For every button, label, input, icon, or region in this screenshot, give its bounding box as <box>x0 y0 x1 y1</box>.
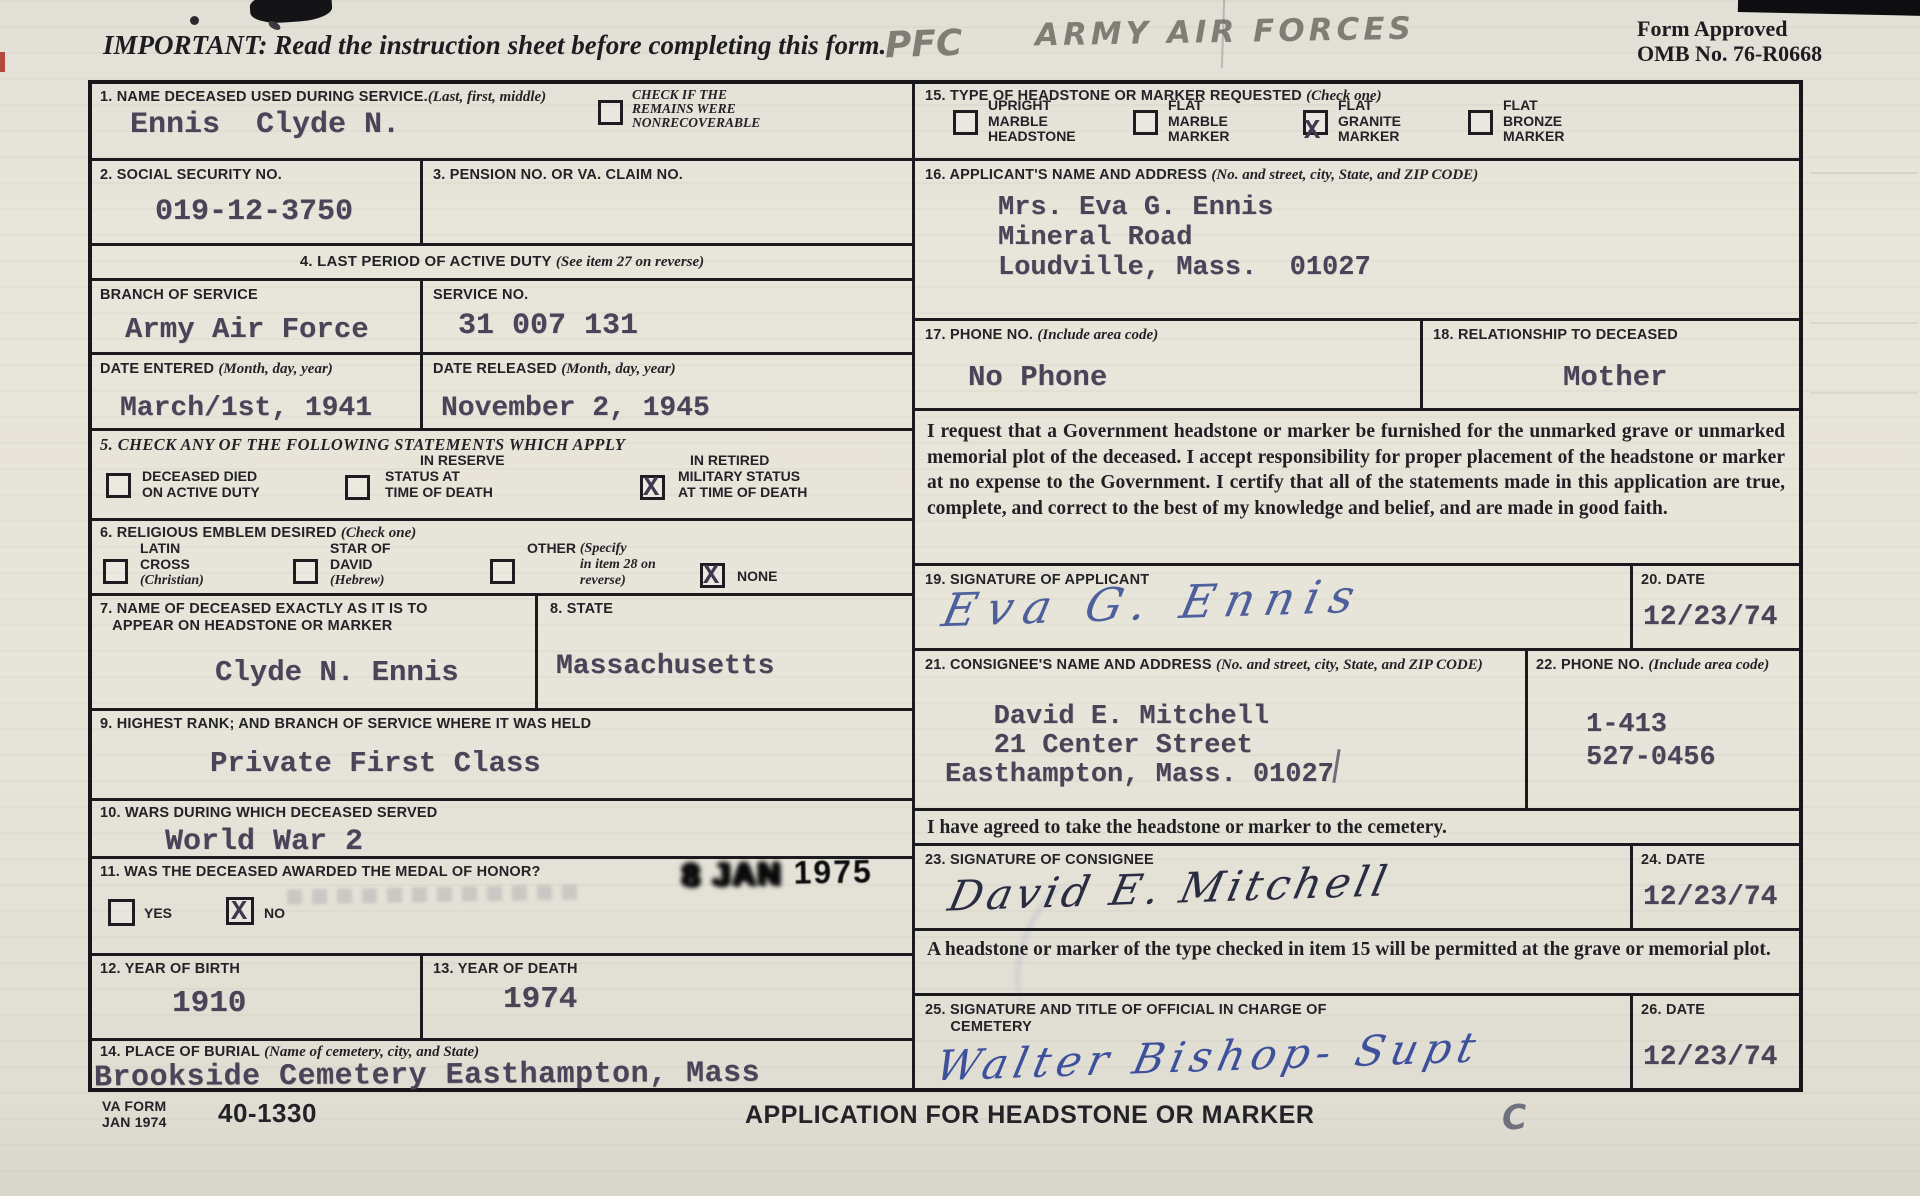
field-17-label: 17. PHONE NO. <box>925 327 1037 343</box>
important-instruction: IMPORTANT: Read the instruction sheet be… <box>103 30 886 61</box>
field-14-place-of-burial: 14. PLACE OF BURIAL (Name of cemetery, c… <box>92 1038 912 1088</box>
field-18-relationship: 18. RELATIONSHIP TO DECEASED Mother <box>1420 318 1799 408</box>
field-23-consignee-signature: 23. SIGNATURE OF CONSIGNEE David E. Mitc… <box>912 843 1630 928</box>
field-1-value: Ennis Clyde N. <box>130 108 400 142</box>
field-25-official-signature: 25. SIGNATURE AND TITLE OF OFFICIAL IN C… <box>912 993 1630 1088</box>
field-14-value: Brookside Cemetery Easthampton, Mass <box>94 1057 760 1096</box>
field-14-note: (Name of cemetery, city, and State) <box>264 1044 479 1060</box>
field-5-label: 5. CHECK ANY OF THE FOLLOWING STATEMENTS… <box>100 435 625 455</box>
received-date-stamp: 8 JAN 1975 <box>682 853 873 893</box>
important-text: Read the instruction sheet before comple… <box>268 30 887 60</box>
checkbox-reserve-status-label: STATUS AT TIME OF DEATH <box>385 469 493 500</box>
field-18-value: Mother <box>1563 361 1667 394</box>
form-approved-line2: OMB No. 76-R0668 <box>1637 41 1822 66</box>
bleed-through-stamp <box>287 884 587 904</box>
field-26-value: 12/23/74 <box>1643 1042 1777 1073</box>
field-21-value: David E. Mitchell 21 Center Street Easth… <box>945 703 1334 790</box>
field-7-headstone-name: 7. NAME OF DECEASED EXACTLY AS IT IS TO … <box>92 593 535 708</box>
field-21-label: 21. CONSIGNEE'S NAME AND ADDRESS <box>925 657 1216 673</box>
field-24-label: 24. DATE <box>1641 852 1705 869</box>
field-13-label: 13. YEAR OF DEATH <box>433 961 578 978</box>
scan-blotch-top-left <box>249 0 333 25</box>
consignee-signature: David E. Mitchell <box>945 860 1395 917</box>
checkbox-star-of-david <box>293 559 318 584</box>
flat-marble-label: FLAT MARBLE MARKER <box>1168 98 1229 145</box>
field-18-label: 18. RELATIONSHIP TO DECEASED <box>1433 327 1678 344</box>
field-9-label: 9. HIGHEST RANK; AND BRANCH OF SERVICE W… <box>100 716 591 733</box>
field-1-label: 1. NAME DECEASED USED DURING SERVICE. <box>100 89 428 105</box>
field-24-value: 12/23/74 <box>1643 882 1777 913</box>
field-22-label: 22. PHONE NO. <box>1536 657 1648 673</box>
field-13-value: 1974 <box>503 982 577 1017</box>
request-statement: I request that a Government headstone or… <box>912 408 1799 563</box>
field-19-applicant-signature: 19. SIGNATURE OF APPLICANT Eva G. Ennis <box>912 563 1630 648</box>
checkbox-medal-no: X <box>226 897 254 925</box>
field-4-branch-of-service: BRANCH OF SERVICE Army Air Force <box>92 278 420 352</box>
field-4-service-no: SERVICE NO. 31 007 131 <box>420 278 912 352</box>
scan-blotch-top-right <box>1738 0 1920 16</box>
checkbox-died-active-duty <box>106 473 131 498</box>
permit-statement: A headstone or marker of the type checke… <box>912 928 1799 993</box>
field-12-label: 12. YEAR OF BIRTH <box>100 961 240 978</box>
va-form-number: 40-1330 <box>218 1100 317 1126</box>
va-form-label: VA FORM <box>102 1098 166 1115</box>
field-1-note: (Last, first, middle) <box>428 89 546 105</box>
checkbox-remains-label: CHECK IF THE REMAINS WERE NONRECOVERABLE <box>632 88 760 131</box>
scan-red-mark <box>0 52 5 72</box>
field-5-status-statements: 5. CHECK ANY OF THE FOLLOWING STATEMENTS… <box>92 428 912 518</box>
scan-speck-1 <box>190 16 199 25</box>
date-entered-label: DATE ENTERED <box>100 361 214 377</box>
field-20-date: 20. DATE 12/23/74 <box>1630 563 1799 648</box>
field-17-phone: 17. PHONE NO. (Include area code) No Pho… <box>912 318 1420 408</box>
field-11-medal-of-honor: 11. WAS THE DECEASED AWARDED THE MEDAL O… <box>92 856 912 953</box>
checkbox-no-emblem-x: X <box>703 562 719 592</box>
date-released-note: (Month, day, year) <box>561 361 675 377</box>
field-8-label: 8. STATE <box>550 601 613 618</box>
latin-cross-label: LATIN CROSS <box>140 540 190 572</box>
field-22-consignee-phone: 22. PHONE NO. (Include area code) 1-413 … <box>1525 648 1799 808</box>
handwritten-branch-note: ARMY AIR FORCES <box>1035 11 1415 54</box>
field-16-value: Mrs. Eva G. Ennis Mineral Road Loudville… <box>998 193 1371 283</box>
medal-yes-label: YES <box>144 906 172 922</box>
scanned-form-page: IMPORTANT: Read the instruction sheet be… <box>0 0 1920 1196</box>
date-entered-value: March/1st, 1941 <box>120 393 372 424</box>
field-14-label: 14. PLACE OF BURIAL <box>100 1044 260 1060</box>
checkbox-retired-status-label: MILITARY STATUS AT TIME OF DEATH <box>678 469 807 500</box>
field-6-note: (Check one) <box>341 525 416 541</box>
field-2-label: 2. SOCIAL SECURITY NO. <box>100 167 282 184</box>
other-emblem-note: (Specify in item 28 on reverse) <box>580 541 656 589</box>
flat-granite-label: FLAT GRANITE MARKER <box>1338 98 1401 145</box>
field-16-label: 16. APPLICANT'S NAME AND ADDRESS <box>925 167 1211 183</box>
checkbox-flat-marble <box>1133 110 1158 135</box>
va-form-date: JAN 1974 <box>102 1114 167 1131</box>
checkbox-died-active-duty-label: DECEASED DIED ON ACTIVE DUTY <box>142 469 260 500</box>
field-3-pension-no: 3. PENSION NO. OR VA. CLAIM NO. <box>420 158 912 243</box>
branch-of-service-label: BRANCH OF SERVICE <box>100 287 258 304</box>
service-no-value: 31 007 131 <box>458 309 638 343</box>
field-24-date: 24. DATE 12/23/74 <box>1630 843 1799 928</box>
checkbox-medal-yes <box>108 899 135 926</box>
handwritten-rank-note: PFC <box>884 23 963 67</box>
field-8-value: Massachusetts <box>556 651 774 682</box>
date-released-label: DATE RELEASED <box>433 361 557 377</box>
star-of-david-label: STAR OF DAVID <box>330 540 390 572</box>
field-20-value: 12/23/74 <box>1643 602 1777 633</box>
agree-statement-text: I have agreed to take the headstone or m… <box>927 815 1785 841</box>
field-12-year-of-birth: 12. YEAR OF BIRTH 1910 <box>92 953 420 1038</box>
date-entered-note: (Month, day, year) <box>218 361 332 377</box>
field-21-note: (No. and street, city, State, and ZIP CO… <box>1216 657 1483 673</box>
checkbox-remains-label-text: CHECK IF THE REMAINS WERE NONRECOVERABLE <box>632 88 760 130</box>
scan-margin-line-2 <box>1810 322 1918 324</box>
field-21-consignee-address: 21. CONSIGNEE'S NAME AND ADDRESS (No. an… <box>912 648 1525 808</box>
field-2-ssn: 2. SOCIAL SECURITY NO. 019-12-3750 <box>92 158 420 243</box>
field-10-wars-served: 10. WARS DURING WHICH DECEASED SERVED Wo… <box>92 798 912 856</box>
field-17-note: (Include area code) <box>1037 327 1158 343</box>
applicant-signature: Eva G. Ennis <box>938 573 1368 634</box>
field-16-applicant-address: 16. APPLICANT'S NAME AND ADDRESS (No. an… <box>912 158 1799 318</box>
scan-margin-line-1 <box>1810 172 1918 174</box>
agree-statement: I have agreed to take the headstone or m… <box>912 808 1799 843</box>
field-22-value: 1-413 527-0456 <box>1586 709 1716 775</box>
field-20-label: 20. DATE <box>1641 572 1705 589</box>
stamp-smudged-part: 8 JAN <box>682 855 783 893</box>
field-4-date-released: DATE RELEASED (Month, day, year) Novembe… <box>420 352 912 428</box>
checkbox-flat-bronze <box>1468 110 1493 135</box>
field-26-label: 26. DATE <box>1641 1002 1705 1019</box>
field-10-value: World War 2 <box>165 825 363 859</box>
important-label: IMPORTANT: <box>103 30 268 60</box>
field-26-date: 26. DATE 12/23/74 <box>1630 993 1799 1088</box>
field-4-date-entered: DATE ENTERED (Month, day, year) March/1s… <box>92 352 420 428</box>
checkbox-reserve-status <box>345 475 370 500</box>
in-retired-header: IN RETIRED <box>690 453 769 469</box>
checkbox-latin-cross <box>103 559 128 584</box>
field-6-religious-emblem: 6. RELIGIOUS EMBLEM DESIRED (Check one) … <box>92 518 912 593</box>
form-approved-block: Form Approved OMB No. 76-R0668 <box>1637 16 1822 66</box>
date-released-value: November 2, 1945 <box>441 393 710 424</box>
form-body: 1. NAME DECEASED USED DURING SERVICE.(La… <box>88 80 1803 1092</box>
checkbox-other-emblem <box>490 559 515 584</box>
star-of-david-note: (Hebrew) <box>330 573 384 588</box>
form-title: APPLICATION FOR HEADSTONE OR MARKER <box>745 1102 1314 1128</box>
field-17-value: No Phone <box>968 361 1107 394</box>
field-22-note: (Include area code) <box>1648 657 1769 673</box>
checkbox-flat-granite-x: X <box>1304 117 1320 147</box>
field-2-value: 019-12-3750 <box>155 195 353 229</box>
checkbox-medal-no-x: X <box>231 898 247 928</box>
other-emblem-label: OTHER <box>527 540 580 556</box>
in-reserve-header: IN RESERVE <box>420 453 505 469</box>
branch-of-service-value: Army Air Force <box>125 313 369 346</box>
field-1-name-deceased: 1. NAME DECEASED USED DURING SERVICE.(La… <box>92 84 912 158</box>
field-16-note: (No. and street, city, State, and ZIP CO… <box>1211 167 1478 183</box>
field-13-year-of-death: 13. YEAR OF DEATH 1974 <box>420 953 912 1038</box>
handwritten-letter-c: C <box>1501 1097 1529 1139</box>
field-10-label: 10. WARS DURING WHICH DECEASED SERVED <box>100 805 437 822</box>
checkbox-flat-granite: X <box>1303 110 1328 135</box>
field-6-label: 6. RELIGIOUS EMBLEM DESIRED <box>100 525 337 541</box>
stamp-year: 1975 <box>793 853 873 890</box>
medal-no-label: NO <box>264 906 285 922</box>
latin-cross-note: (Christian) <box>140 573 204 588</box>
checkbox-retired-status: X <box>640 475 665 500</box>
field-7-label: 7. NAME OF DECEASED EXACTLY AS IT IS TO … <box>100 601 428 635</box>
form-approved-line1: Form Approved <box>1637 16 1822 41</box>
field-4-note: (See item 27 on reverse) <box>556 254 704 270</box>
field-3-label: 3. PENSION NO. OR VA. CLAIM NO. <box>433 167 683 184</box>
upright-marble-label: UPRIGHT MARBLE HEADSTONE <box>988 98 1076 145</box>
checkbox-remains-nonrecoverable <box>598 100 623 125</box>
request-statement-text: I request that a Government headstone or… <box>927 419 1785 522</box>
checkbox-no-emblem: X <box>700 563 725 588</box>
service-no-label: SERVICE NO. <box>433 287 528 304</box>
field-9-value: Private First Class <box>210 747 541 780</box>
field-4-label: 4. LAST PERIOD OF ACTIVE DUTY <box>300 253 552 270</box>
field-11-label: 11. WAS THE DECEASED AWARDED THE MEDAL O… <box>100 864 541 881</box>
flat-bronze-label: FLAT BRONZE MARKER <box>1503 98 1564 145</box>
field-12-value: 1910 <box>172 986 246 1021</box>
field-15-marker-type: 15. TYPE OF HEADSTONE OR MARKER REQUESTE… <box>912 84 1799 158</box>
scan-margin-line-3 <box>1810 392 1918 394</box>
checkbox-retired-status-x: X <box>643 474 659 504</box>
field-9-highest-rank: 9. HIGHEST RANK; AND BRANCH OF SERVICE W… <box>92 708 912 798</box>
field-8-state: 8. STATE Massachusetts <box>535 593 912 708</box>
field-7-value: Clyde N. Ennis <box>215 656 459 689</box>
permit-statement-text: A headstone or marker of the type checke… <box>927 937 1785 963</box>
field-4-active-duty-header: 4. LAST PERIOD OF ACTIVE DUTY (See item … <box>92 243 912 278</box>
no-emblem-label: NONE <box>737 569 777 585</box>
checkbox-upright-marble <box>953 110 978 135</box>
field-15-label: 15. TYPE OF HEADSTONE OR MARKER REQUESTE… <box>925 88 1302 104</box>
